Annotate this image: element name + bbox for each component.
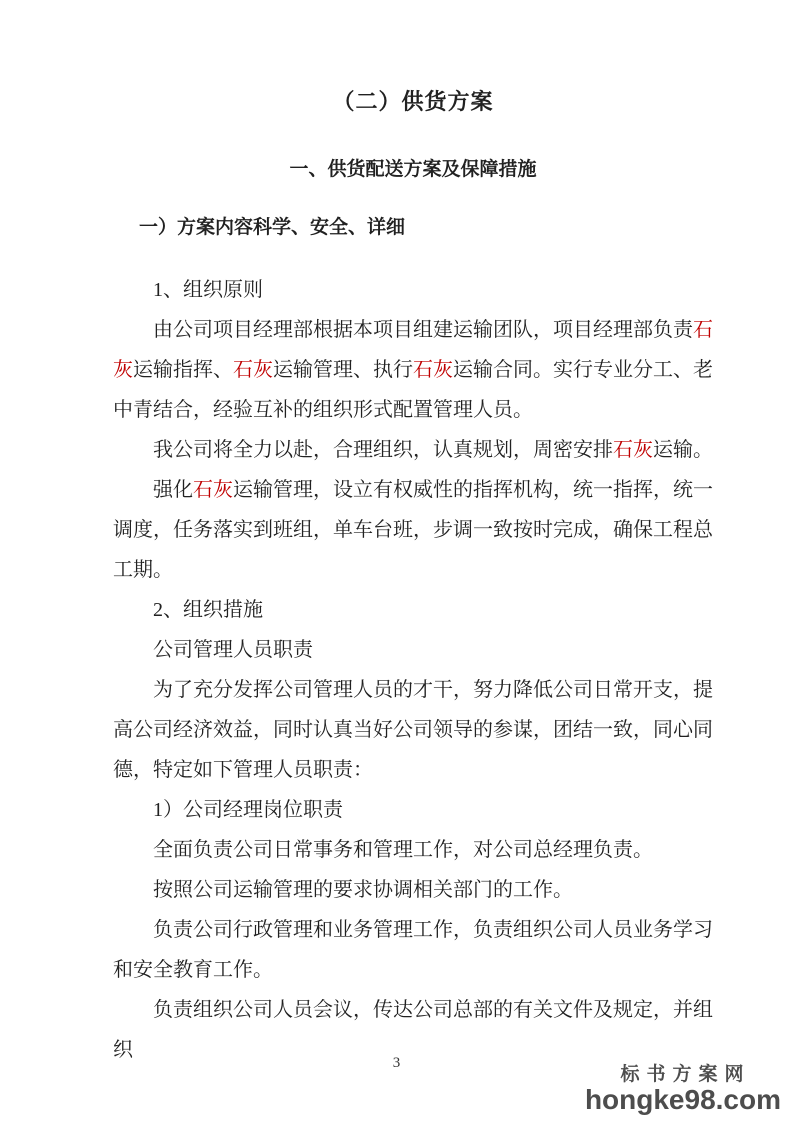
body-text: 负责组织公司人员会议，传达公司总部的有关文件及规定，并组织 [113, 999, 713, 1061]
document-content: （二）供货方案 一、供货配送方案及保障措施 一）方案内容科学、安全、详细 1、组… [113, 86, 713, 1070]
watermark-site-name: 标书方案网 [585, 1065, 786, 1085]
paragraph: 由公司项目经理部根据本项目组建运输团队，项目经理部负责石灰运输指挥、石灰运输管理… [113, 310, 713, 430]
paragraph: 2、组织措施 [113, 590, 713, 630]
emphasis-text: 石灰 [233, 359, 273, 381]
body-text: 为了充分发挥公司管理人员的才干，努力降低公司日常开支，提高公司经济效益，同时认真… [113, 679, 713, 781]
body-text: 由公司项目经理部根据本项目组建运输团队，项目经理部负责 [153, 319, 693, 341]
body-text: 运输指挥、 [133, 359, 233, 381]
paragraph: 公司管理人员职责 [113, 630, 713, 670]
watermark: 标书方案网 hongke98.com [585, 1065, 781, 1114]
body-text: 1、组织原则 [153, 279, 263, 301]
watermark-site-url: hongke98.com [585, 1085, 781, 1114]
emphasis-text: 石灰 [613, 439, 653, 461]
paragraph: 负责公司行政管理和业务管理工作，负责组织公司人员业务学习和安全教育工作。 [113, 910, 713, 990]
body-text: 1）公司经理岗位职责 [153, 799, 343, 821]
emphasis-text: 石灰 [413, 359, 453, 381]
page-title: （二）供货方案 [113, 86, 713, 118]
paragraph: 我公司将全力以赴，合理组织，认真规划，周密安排石灰运输。 [113, 430, 713, 470]
body-text: 负责公司行政管理和业务管理工作，负责组织公司人员业务学习和安全教育工作。 [113, 919, 713, 981]
paragraph: 1）公司经理岗位职责 [113, 790, 713, 830]
section-title: 一、供货配送方案及保障措施 [113, 156, 713, 184]
body-text: 强化 [153, 479, 193, 501]
body-text: 公司管理人员职责 [153, 639, 313, 661]
paragraph: 按照公司运输管理的要求协调相关部门的工作。 [113, 870, 713, 910]
subsection-title: 一）方案内容科学、安全、详细 [139, 214, 713, 242]
page-number: 3 [393, 1055, 401, 1071]
emphasis-text: 石灰 [193, 479, 233, 501]
body-text: 运输。 [653, 439, 713, 461]
body-text: 按照公司运输管理的要求协调相关部门的工作。 [153, 879, 573, 901]
body-text: 运输管理、执行 [273, 359, 413, 381]
paragraph: 全面负责公司日常事务和管理工作，对公司总经理负责。 [113, 830, 713, 870]
document-body: 1、组织原则由公司项目经理部根据本项目组建运输团队，项目经理部负责石灰运输指挥、… [113, 270, 713, 1070]
paragraph: 1、组织原则 [113, 270, 713, 310]
paragraph: 为了充分发挥公司管理人员的才干，努力降低公司日常开支，提高公司经济效益，同时认真… [113, 670, 713, 790]
body-text: 全面负责公司日常事务和管理工作，对公司总经理负责。 [153, 839, 653, 861]
body-text: 2、组织措施 [153, 599, 263, 621]
body-text: 我公司将全力以赴，合理组织，认真规划，周密安排 [153, 439, 613, 461]
paragraph: 强化石灰运输管理，设立有权威性的指挥机构，统一指挥，统一调度，任务落实到班组，单… [113, 470, 713, 590]
document-page: （二）供货方案 一、供货配送方案及保障措施 一）方案内容科学、安全、详细 1、组… [0, 0, 793, 1122]
